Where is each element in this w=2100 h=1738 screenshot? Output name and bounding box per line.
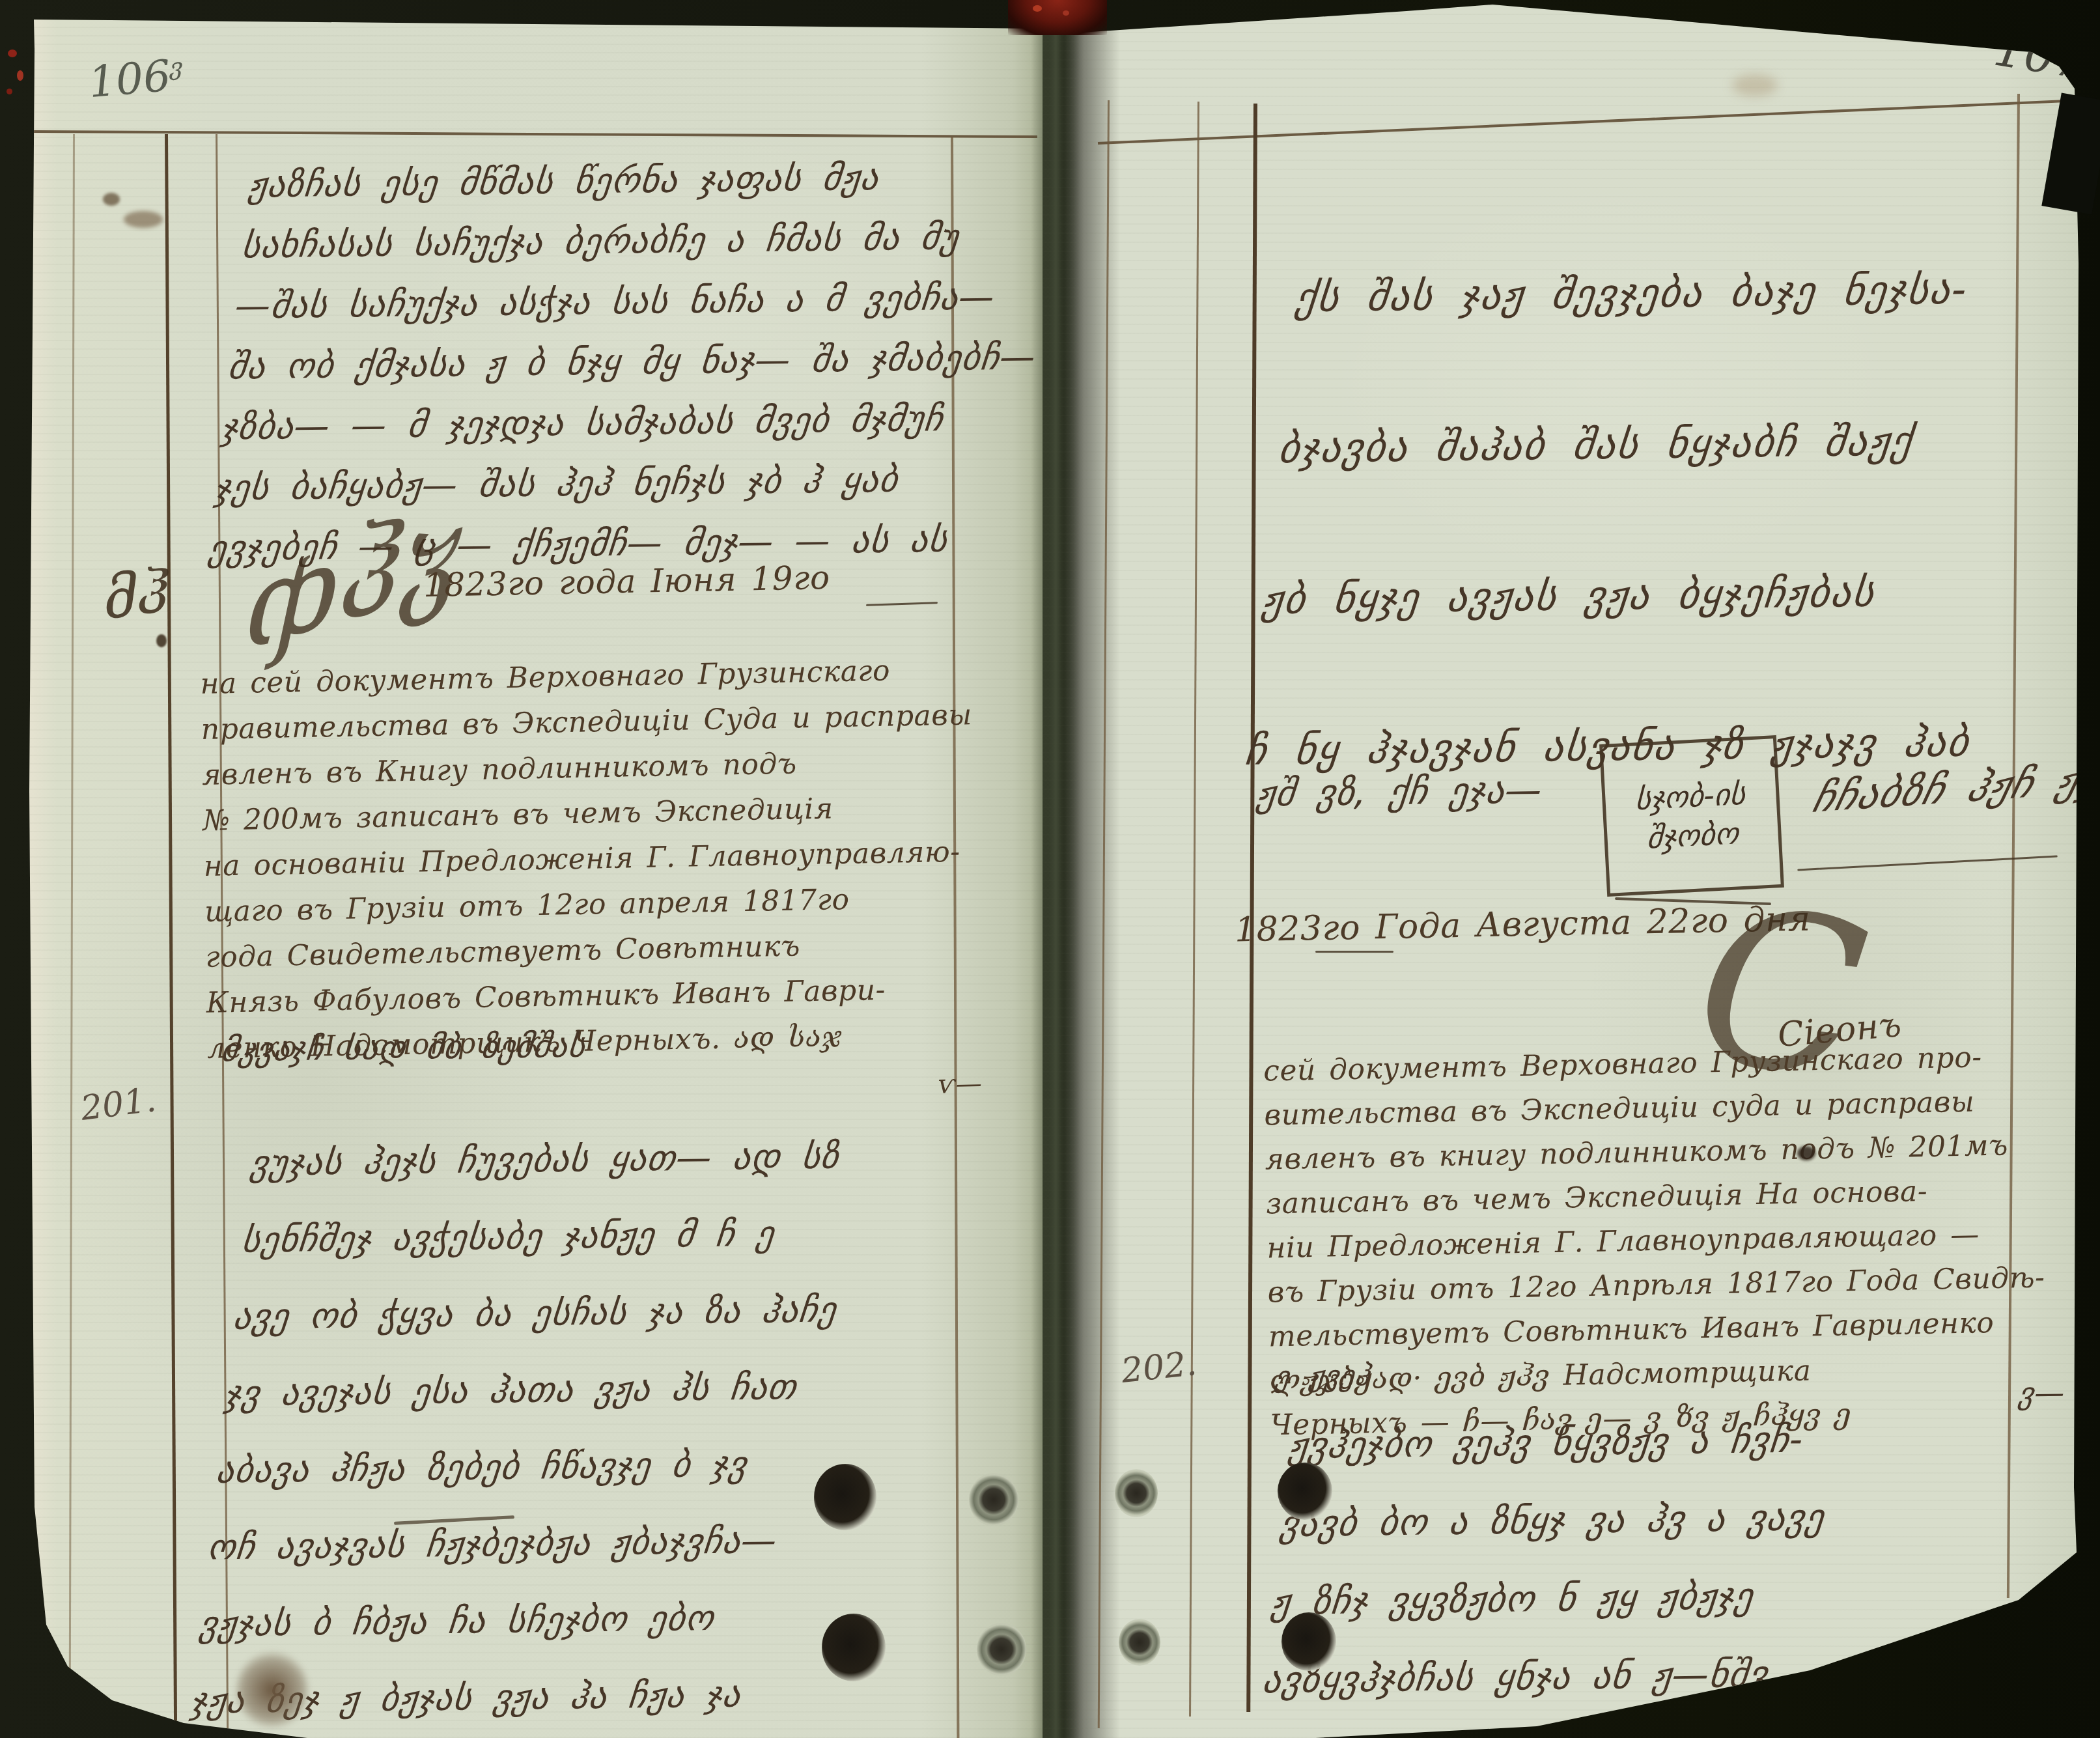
underline-stroke <box>1797 856 2058 871</box>
right-page-margin-line-2 <box>1189 102 1199 1717</box>
ink-blot <box>1797 1146 1815 1160</box>
fox-spot <box>103 193 120 206</box>
fox-spot <box>1732 74 1778 96</box>
fox-spot <box>124 211 163 228</box>
russian-certification-block-left: на сей документъ Верховнаго Грузинскагоп… <box>199 598 1015 1072</box>
red-speck <box>1033 5 1042 12</box>
headband-red-tassel <box>1008 0 1107 35</box>
red-speck <box>17 70 23 81</box>
page-number-106: 106ვ <box>87 49 186 107</box>
left-page: 106ვ ჟაზჩას ესე მწმას წერნა ჯაფას მჟასახ… <box>26 9 1043 1738</box>
underline-stroke <box>1315 951 1393 953</box>
page-number-106-value: 106 <box>87 51 173 108</box>
georgian-text-block-upper: ჟაზჩას ესე მწმას წერნა ჯაფას მჟასახჩასას… <box>205 145 1061 578</box>
right-page-margin-line-3 <box>1246 104 1257 1712</box>
handwriting-line: ჯვ ავეჯას ესა ჰათა ვჟა ჰს ჩათ <box>221 1345 1044 1432</box>
handwriting-line: შა ობ ქმჯასა ჟ ბ ნჯყ მყ ნაჯ— შა ჯმაბებჩ— <box>225 326 1041 397</box>
handwriting-line: ავზყვჰჯბჩას ყნჯა ან ჟ—ნშვ <box>1259 1633 2037 1720</box>
georgian-tail-line: მკვაჯჩ სად მბ ზემშას <box>219 1027 588 1069</box>
right-page-top-rule <box>1098 100 2074 145</box>
stamp-box-line: შჯობო <box>1646 815 1739 856</box>
handwriting-line: ოჩ ავაჯვას ჩჟჯბეჯბჟა ჟბაჯვჩა— <box>204 1499 1028 1586</box>
left-page-margin-line-1 <box>69 134 75 1697</box>
punch-hole <box>969 1473 1018 1526</box>
handwriting-line: —შას საჩუქჯა ასჭჯა სას ნაჩა ა მ ვებჩა— <box>232 266 1047 336</box>
punch-hole <box>814 1464 876 1530</box>
russian-certification-block-right: сей документъ Верховнаго Грузинскаго про… <box>1261 944 2045 1448</box>
ink-blot <box>156 634 167 647</box>
small-georgian-mark: ე ჟვეჰ <box>1273 1359 1372 1394</box>
signature-mark: მჰ <box>99 559 173 633</box>
ink-stain <box>236 1651 309 1728</box>
book-gutter-shadow <box>1031 0 1079 1738</box>
punch-hole <box>1119 1619 1160 1666</box>
punch-hole <box>977 1623 1026 1676</box>
check-mark: ѵ— <box>938 1069 983 1099</box>
entry-number-201: 201. <box>79 1080 158 1128</box>
handwriting-line: ქს შას ჯაჟ შევჯება ბაჯე ნეჯსა- <box>1287 213 2067 373</box>
right-page-margin-line-1 <box>1098 100 1110 1728</box>
punch-hole <box>1281 1612 1336 1671</box>
georgian-text-block-lower-right: ჟვჰეჯბო ვეჰვ ნყვზჟვ ა ჩვჩ-ვავბ ბო ა ზნყჯ… <box>1259 1398 2063 1720</box>
manuscript-scan: 106ვ ჟაზჩას ესე მწმას წერნა ჯაფას მჟასახ… <box>0 0 2100 1738</box>
punch-hole <box>1278 1463 1332 1520</box>
red-speck <box>7 89 12 94</box>
handwriting-line: ჟ ზჩჯ ვყვზჟბო ნ ჟყ ჟბჟჯე <box>1267 1554 2045 1642</box>
handwriting-line: ჟვჰეჯბო ვეჰვ ნყვზჟვ ა ჩვჩ- <box>1284 1398 2062 1485</box>
handwriting-line: ბჯავბა შაჰაბ შას ნყჯაბჩ შაჟქ <box>1270 364 2050 524</box>
red-speck <box>8 49 17 57</box>
georgian-text-block-lower: ვუჯას ჰეჯს ჩუვებას ყათ— ად სზსენჩშეჯ ავჭ… <box>187 1115 1070 1738</box>
handwriting-line: ჟბ ნყჯე ავჟას ვჟა ბყჯეჩჟბას <box>1254 515 2034 675</box>
handwriting-line: ვუჯას ჰეჯს ჩუვებას ყათ— ად სზ <box>246 1115 1070 1201</box>
punch-hole <box>822 1614 886 1681</box>
entry-number-202: 202. <box>1119 1344 1198 1391</box>
pre-stamp-text: ჟშ ვზ, ქჩ ეჯა— <box>1254 769 1545 815</box>
stamp-box-line: სჯობ-ის <box>1634 776 1746 817</box>
handwriting-line: ვავბ ბო ა ზნყჯ ვა ჰვ ა ვავე <box>1276 1476 2054 1563</box>
edge-mark: ვ— <box>2017 1375 2067 1411</box>
georgian-text-block-upper-right: ქს შას ჯაჟ შევჯება ბაჯე ნეჯსა-ბჯავბა შაჰ… <box>1237 213 2067 826</box>
handwriting-line: ჯზბა— — მ ჯეჯდჯა სამჯაბას მვებ მჯმუჩ <box>219 387 1034 457</box>
handwriting-line: ჟაზჩას ესე მწმას წერნა ჯაფას მჟა <box>245 145 1061 215</box>
date-line-left: 1823го года Іюня 19го <box>423 559 830 604</box>
punch-hole <box>1115 1469 1158 1517</box>
handwriting-line: ავე ობ ჭყვა ბა ესჩას ჯა ზა ჰაჩე <box>229 1268 1053 1355</box>
page-number-106-sup: ვ <box>169 53 184 81</box>
handwriting-line: ვჟჯას ბ ჩბჟა ჩა სჩეჯბო ებო <box>195 1576 1019 1662</box>
handwriting-line: ჯეს ბაჩყაბჟ— შას ჰეჰ ნეჩჯს ჯბ ჰ ყაბ <box>212 447 1027 518</box>
handwriting-line: სახჩასას საჩუქჯა ბერაბჩე ა ჩმას მა მუ <box>239 205 1054 275</box>
right-page: 107. ქს შას ჯაჟ შევჯება ბაჯე ნეჯსა-ბჯავბ… <box>1042 3 2079 1738</box>
handwriting-line: აბავა ჰჩჟა ზებებ ჩწავჯე ბ ჯვ <box>212 1422 1036 1509</box>
left-page-margin-line-2 <box>165 134 177 1726</box>
handwriting-line: სენჩშეჯ ავჭესაბე ჯანჟე მ ჩ ე <box>238 1192 1061 1278</box>
left-page-top-rule <box>31 130 1037 138</box>
red-speck <box>1063 10 1069 16</box>
page-number-107: 107. <box>1990 21 2100 93</box>
handwriting-line: ჯჟა ზეჯ ჟ ბჟჯას ვჟა ჰა ჩჟა ჯა <box>187 1653 1011 1738</box>
